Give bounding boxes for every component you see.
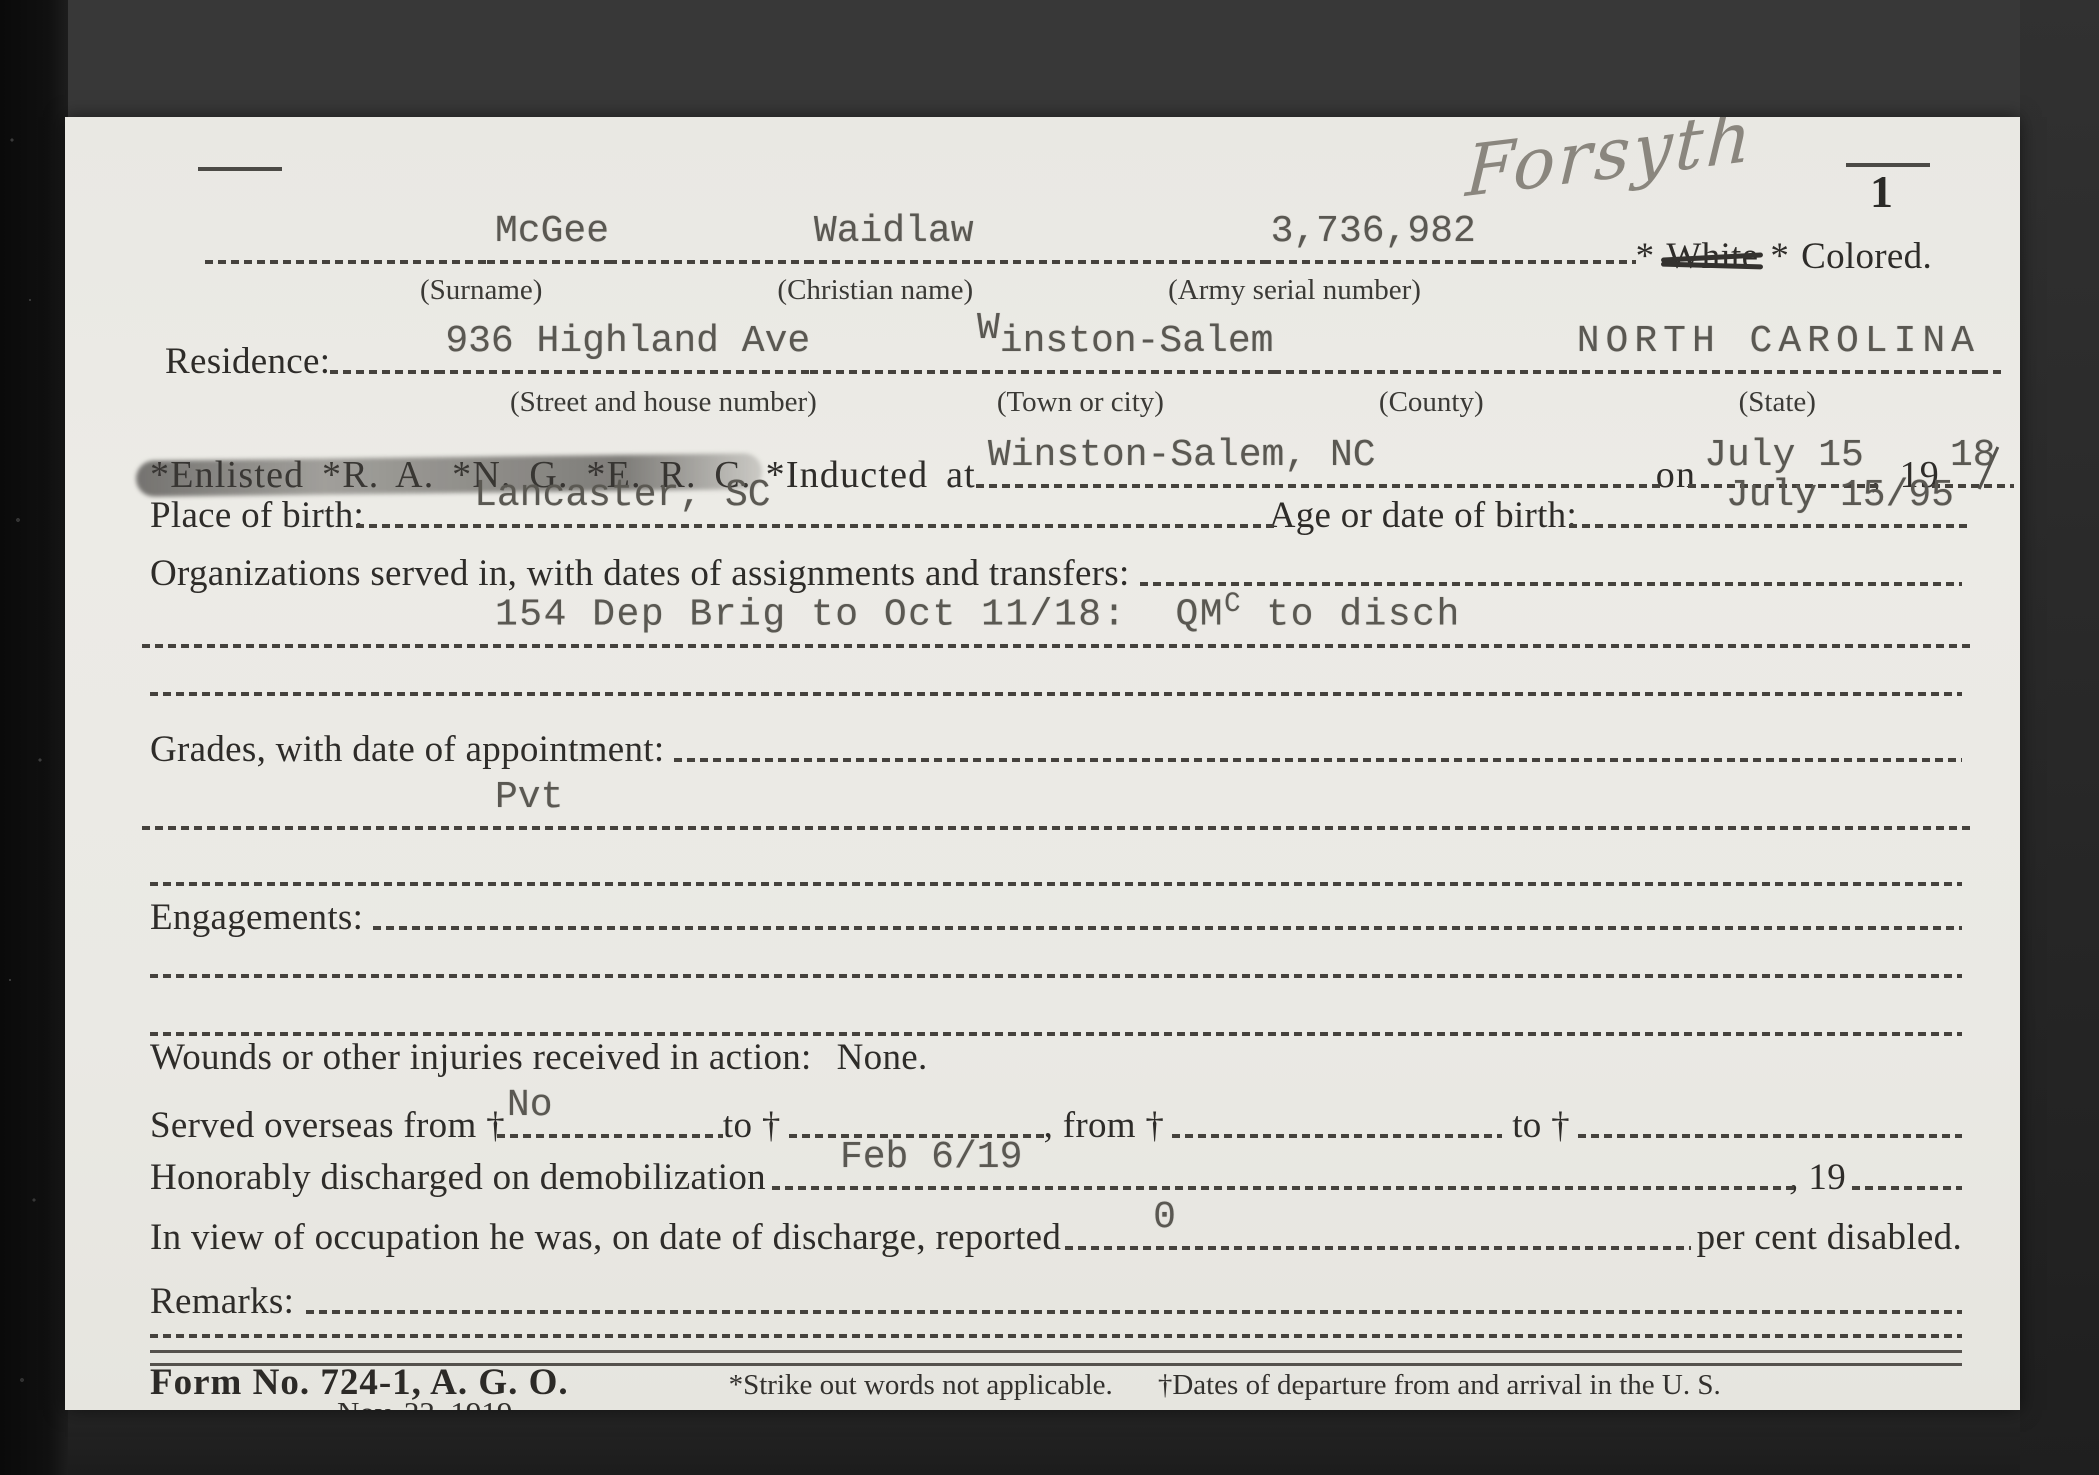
name-sublabels: (Surname) (Christian name) (Army serial … <box>205 267 1962 307</box>
disability-value-slot: 0 <box>1073 1196 1683 1259</box>
disability-value: 0 <box>1153 1196 1176 1239</box>
dashed-line <box>810 370 977 374</box>
dashed-line <box>205 260 495 264</box>
engagements-label: Engagements: <box>150 896 363 939</box>
serial-number-value: 3,736,982 <box>1271 210 1476 253</box>
wounds-row: Wounds or other injuries received in act… <box>150 1023 1962 1079</box>
serial-number-label: (Army serial number) <box>1168 274 1421 307</box>
dashed-line <box>1476 260 1636 264</box>
dashed-line <box>330 370 445 374</box>
remarks-row: Remarks: <box>150 1267 1962 1323</box>
place-of-birth-slot: Lancaster, SC <box>364 474 1269 537</box>
state-slot: NORTH CAROLINA <box>1577 320 1980 383</box>
top-left-rule <box>198 167 282 171</box>
state-value: NORTH CAROLINA <box>1577 320 1980 363</box>
dashed-line <box>306 1310 1962 1314</box>
town-slot: Winston-Salem <box>977 320 1273 383</box>
film-edge-strip <box>0 0 68 1475</box>
residence-sublabels: (Street and house number) (Town or city)… <box>165 379 1962 419</box>
blank-line-row <box>150 967 1962 987</box>
place-of-birth-value: Lancaster, SC <box>474 474 770 517</box>
date-of-birth-value: July 15/95 <box>1726 474 1954 517</box>
place-of-birth-label: Place of birth: <box>150 494 364 537</box>
dashed-line <box>150 974 1962 978</box>
grades-entry-value: Pvt <box>495 776 563 819</box>
county-handwritten-annotation: Forsyth <box>1464 117 1756 213</box>
birth-row: Place of birth: Lancaster, SC Age or dat… <box>150 461 1962 537</box>
overseas-from1-value: No <box>507 1084 553 1127</box>
street-value: 936 Highland Ave <box>445 320 810 363</box>
superscript-c: C <box>1224 589 1242 620</box>
name-row: McGee Waidlaw 3,736,982 * White * Colore… <box>205 201 1932 273</box>
street-slot: 936 Highland Ave <box>445 320 810 383</box>
disability-row: In view of occupation he was, on date of… <box>150 1183 1962 1259</box>
surname-slot: McGee <box>495 210 609 273</box>
residence-row: Residence: 936 Highland Ave Winston-Sale… <box>165 309 2006 383</box>
dashed-line <box>150 692 1962 696</box>
form-date: Nov. 22, 1919. <box>337 1395 520 1410</box>
age-label: Age or date of birth: <box>1269 494 1577 537</box>
organizations-entry-slot: 154 Dep Brig to Oct 11/18: QMC to disch <box>150 589 1962 657</box>
dashed-line <box>150 1334 1962 1338</box>
organizations-entry-value: 154 Dep Brig to Oct 11/18: QMC to disch <box>495 589 1461 637</box>
christian-name-slot: Waidlaw <box>814 210 974 273</box>
surname-label: (Surname) <box>420 274 542 307</box>
discharge-date-value: Feb 6/19 <box>840 1136 1022 1179</box>
dashed-line <box>1273 370 1576 374</box>
town-value: Winston-Salem <box>977 320 1273 363</box>
serial-number-slot: 3,736,982 <box>1271 210 1476 273</box>
grades-entry-row: Pvt <box>150 761 1962 839</box>
strike-note: *Strike out words not applicable. <box>729 1369 1113 1402</box>
wounds-value: None. <box>837 1036 928 1079</box>
wounds-label: Wounds or other injuries received in act… <box>150 1036 812 1079</box>
dagger-note: †Dates of departure from and arrival in … <box>1158 1369 1721 1402</box>
dashed-line <box>609 260 814 264</box>
christian-name-label: (Christian name) <box>777 274 973 307</box>
remarks-label: Remarks: <box>150 1280 294 1323</box>
engagements-row: Engagements: <box>150 885 1962 939</box>
blank-line-row <box>150 685 1962 705</box>
date-of-birth-slot: July 15/95 <box>1577 474 1962 537</box>
organizations-entry-row: 154 Dep Brig to Oct 11/18: QMC to disch <box>150 579 1962 657</box>
backdrop-right <box>2020 0 2099 1475</box>
disability-suffix: per cent disabled. <box>1697 1216 1962 1259</box>
grades-entry-slot: Pvt <box>150 776 1962 839</box>
disability-label: In view of occupation he was, on date of… <box>150 1216 1061 1259</box>
dashed-line <box>373 926 1962 930</box>
christian-name-value: Waidlaw <box>814 210 974 253</box>
dashed-line <box>974 260 1271 264</box>
service-record-card: Forsyth 1 McGee Waidlaw 3,736,982 * Whit… <box>65 117 2020 1410</box>
backdrop-bottom <box>68 1400 2020 1475</box>
residence-label: Residence: <box>165 340 330 383</box>
bottom-dashed-row <box>150 1327 1962 1347</box>
surname-value: McGee <box>495 210 609 253</box>
